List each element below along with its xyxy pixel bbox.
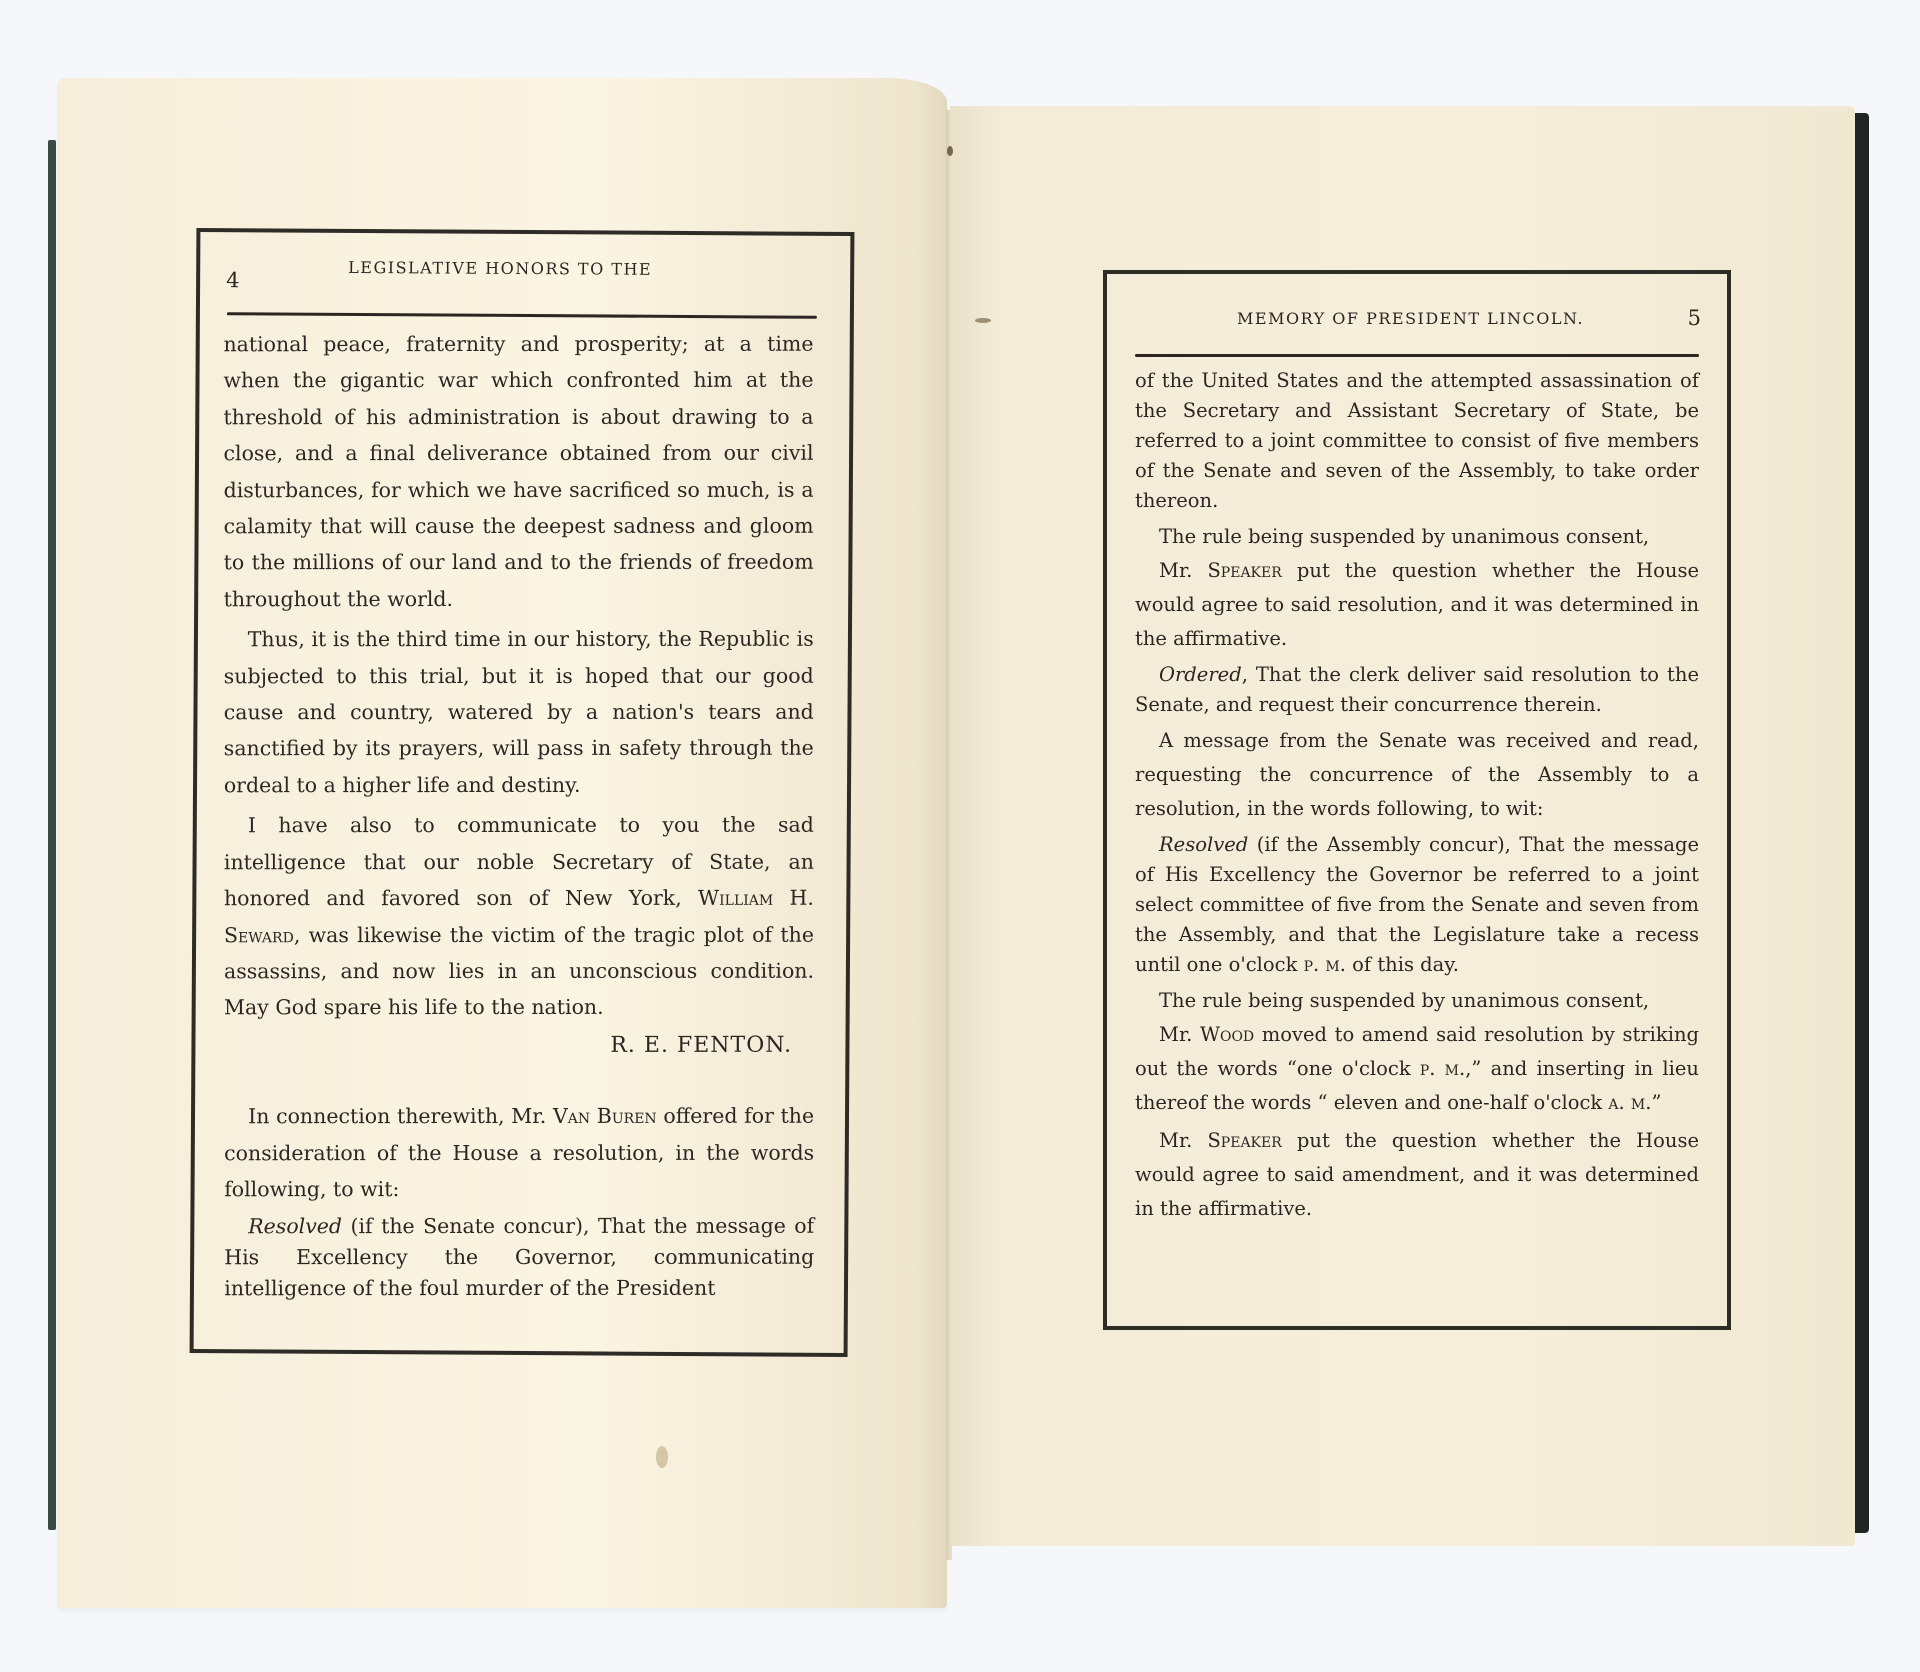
- paragraph: I have also to communicate to you the sa…: [224, 807, 814, 1026]
- header-rule: [1135, 354, 1699, 357]
- signature: R. E. FENTON.: [224, 1027, 814, 1064]
- page-mark: [947, 146, 953, 156]
- paragraph: Mr. Wood moved to amend said resolution …: [1135, 1018, 1699, 1120]
- paragraph: Resolved (if the Senate concur), That th…: [224, 1211, 814, 1305]
- book-cover-right-edge: [1855, 113, 1869, 1533]
- left-running-head: 4 LEGISLATIVE HONORS TO THE: [200, 232, 850, 300]
- paragraph: Ordered, That the clerk deliver said res…: [1135, 660, 1699, 720]
- paragraph: national peace, fraternity and prosperit…: [223, 326, 813, 618]
- paragraph: of the United States and the attempted a…: [1135, 366, 1699, 516]
- smallcaps-name: Van Buren: [553, 1104, 657, 1128]
- left-page-border-frame: 4 LEGISLATIVE HONORS TO THE national pea…: [190, 228, 855, 1357]
- paragraph: Mr. Speaker put the question whether the…: [1135, 554, 1699, 656]
- header-rule: [227, 312, 817, 319]
- page-mark: [975, 318, 991, 323]
- right-page-body: of the United States and the attempted a…: [1135, 366, 1699, 1226]
- right-running-head: MEMORY OF PRESIDENT LINCOLN. 5: [1107, 274, 1727, 338]
- foxing-stain: [656, 1446, 668, 1468]
- book-cover-left-edge: [48, 140, 56, 1530]
- running-head-title: LEGISLATIVE HONORS TO THE: [348, 258, 652, 279]
- paragraph: Mr. Speaker put the question whether the…: [1135, 1124, 1699, 1226]
- paragraph: The rule being suspended by unanimous co…: [1135, 520, 1699, 554]
- left-page-body: national peace, fraternity and prosperit…: [223, 326, 814, 1305]
- page-number: 4: [226, 268, 240, 292]
- smallcaps-name: Speaker: [1207, 559, 1281, 582]
- paragraph: A message from the Senate was received a…: [1135, 724, 1699, 826]
- paragraph: Thus, it is the third time in our histor…: [224, 621, 814, 804]
- paragraph: The rule being suspended by unanimous co…: [1135, 984, 1699, 1018]
- right-page-border-frame: MEMORY OF PRESIDENT LINCOLN. 5 of the Un…: [1103, 270, 1731, 1330]
- paragraph: In connection therewith, Mr. Van Buren o…: [224, 1098, 814, 1208]
- page-number: 5: [1688, 306, 1701, 330]
- paragraph: Resolved (if the Assembly concur), That …: [1135, 830, 1699, 980]
- running-head-title: MEMORY OF PRESIDENT LINCOLN.: [1237, 309, 1584, 328]
